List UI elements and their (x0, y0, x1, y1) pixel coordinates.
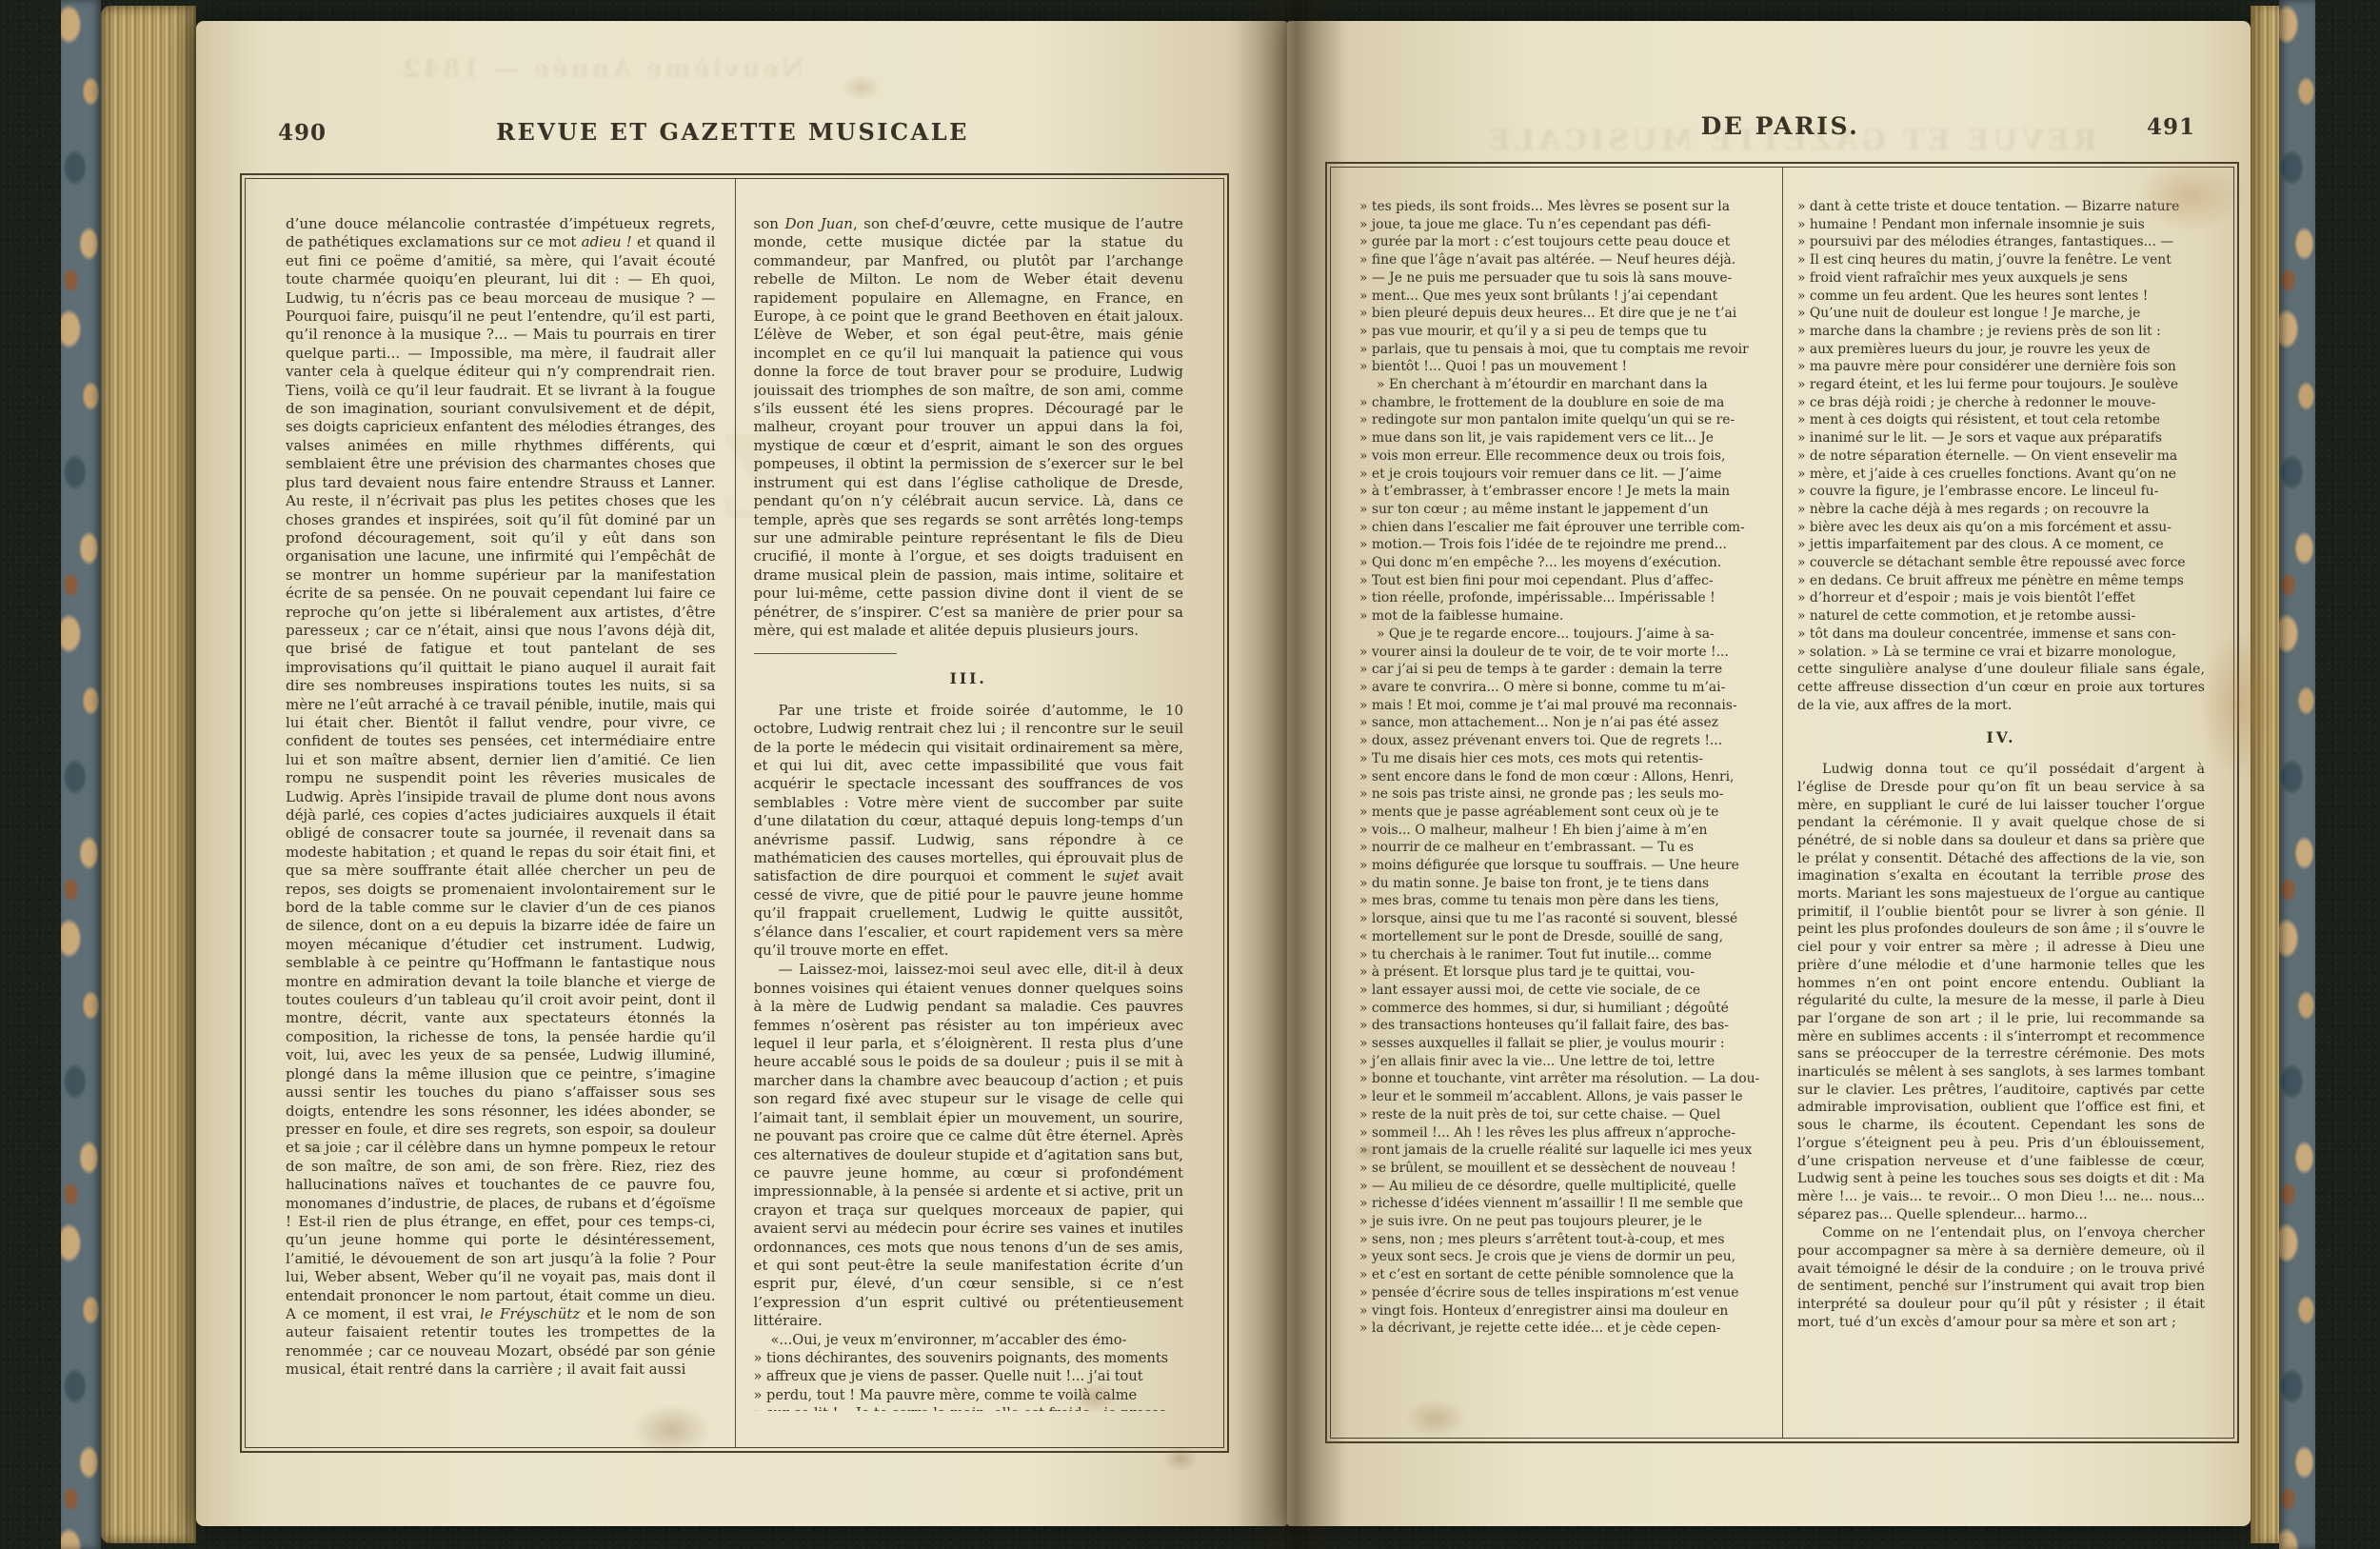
quote-line: » mot de la faiblesse humaine. (1359, 607, 1767, 626)
quote-line: » couvercle se détachant semble être rep… (1797, 554, 2205, 572)
book-scan: Neuvième Année — 1842 GAZETTE REVUE ET G… (0, 0, 2380, 1549)
quote-line: » Qu’une nuit de douleur est longue ! Je… (1797, 305, 2205, 323)
paragraph: Ludwig donna tout ce qu’il possédait d’a… (1797, 761, 2205, 1223)
quote-line: » ment à ces doigts qui résistent, et to… (1797, 411, 2205, 429)
right-page-header: DE PARIS. 491 (1325, 112, 2235, 145)
quote-line: » sur ce lit !... Je te serre la main, e… (754, 1404, 1184, 1411)
quote-line: » d’horreur et d’espoir ; mais je vois b… (1797, 589, 2205, 607)
column-divider-rule (1782, 168, 1783, 1438)
quote-line: » mes bras, comme tu tenais mon père dan… (1359, 892, 1767, 910)
quote-line: » reste de la nuit près de toi, sur cett… (1359, 1106, 1767, 1124)
quote-line: » richesse d’idées viennent m’assaillir … (1359, 1195, 1767, 1213)
quote-line: » vois mon erreur. Elle recommence deux … (1359, 447, 1767, 466)
quote-line: » ront jamais de la cruelle réalité sur … (1359, 1142, 1767, 1160)
quote-line: » se brûlent, se mouillent et se dessèch… (1359, 1160, 1767, 1178)
quote-line: » comme un feu ardent. Que les heures so… (1797, 288, 2205, 306)
quote-line: » regard éteint, et les lui ferme pour t… (1797, 376, 2205, 394)
quote-line: » doux, assez prévenant envers toi. Que … (1359, 732, 1767, 750)
quote-line: » sesses auxquelles il fallait se plier,… (1359, 1035, 1767, 1053)
quote-line: » car j’ai si peu de temps à te garder :… (1359, 661, 1767, 679)
quote-line: » vourer ainsi la douleur de te voir, de… (1359, 644, 1767, 662)
quote-line: » froid vient rafraîchir mes yeux auxque… (1797, 269, 2205, 288)
quote-line: » tôt dans ma douleur concentrée, immens… (1797, 626, 2205, 644)
paragraph: d’une douce mélancolie contrastée d’impé… (286, 215, 716, 1380)
quote-line: » chien dans l’escalier me fait éprouver… (1359, 519, 1767, 537)
column-divider-rule (735, 179, 736, 1447)
quote-line: » tes pieds, ils sont froids... Mes lèvr… (1359, 198, 1767, 216)
quote-line: » pas vue mourir, et qu’il y a si peu de… (1359, 323, 1767, 341)
quote-line: » lorsque, ainsi que tu me l’as raconté … (1359, 910, 1767, 928)
quote-line: » avare te convrira... O mère si bonne, … (1359, 679, 1767, 697)
quote-line: » et c’est en sortant de cette pénible s… (1359, 1266, 1767, 1284)
section-heading: IV. (1797, 729, 2205, 747)
quote-line: » à présent. Et lorsque plus tard je te … (1359, 963, 1767, 982)
quote-line: » nèbre la cache déjà à mes regards ; on… (1797, 501, 2205, 519)
quote-line: » yeux sont secs. Je crois que je viens … (1359, 1248, 1767, 1266)
quote-line: » dant à cette triste et douce tentation… (1797, 198, 2205, 216)
bleed-through-text: Neuvième Année — 1842 (400, 55, 803, 84)
quote-line: » fine que l’âge n’avait pas altérée. — … (1359, 251, 1767, 269)
quote-line: » pensée d’écrire sous de telles inspira… (1359, 1284, 1767, 1302)
quote-line: » de notre séparation éternelle. — On vi… (1797, 447, 2205, 466)
quote-line: » couvre la figure, je l’embrasse encore… (1797, 483, 2205, 501)
quote-line: » des transactions honteuses qu’il falla… (1359, 1017, 1767, 1035)
quote-line: » poursuivi par des mélodies étranges, f… (1797, 233, 2205, 251)
quote-line: » la décrivant, je rejette cette idée...… (1359, 1320, 1767, 1338)
quote-line: » j’en allais finir avec la vie... Une l… (1359, 1053, 1767, 1071)
paragraph: Par une triste et froide soirée d’automm… (754, 702, 1184, 961)
paragraph: — Laissez-moi, laissez-moi seul avec ell… (754, 961, 1184, 1330)
quote-line: » à t’embrasser, à t’embrasser encore ! … (1359, 483, 1767, 501)
right-page-text-frame: » tes pieds, ils sont froids... Mes lèvr… (1325, 162, 2239, 1443)
quote-line: » mère, et j’aide à ces cruelles fonctio… (1797, 466, 2205, 484)
quote-line: » moins défigurée que lorsque tu souffra… (1359, 857, 1767, 875)
quote-line: » ma pauvre mère pour considérer une der… (1797, 358, 2205, 376)
quoted-letter-block: » tes pieds, ils sont froids... Mes lèvr… (1359, 198, 1767, 1338)
left-page-header: 490 REVUE ET GAZETTE MUSICALE (240, 118, 1225, 150)
quote-line: » Qui donc m’en empêche ?... les moyens … (1359, 554, 1767, 572)
quote-line: » ne sois pas triste ainsi, ne gronde pa… (1359, 785, 1767, 804)
quote-line: » Que je te regarde encore... toujours. … (1359, 626, 1767, 644)
right-page-column-1: » tes pieds, ils sont froids... Mes lèvr… (1359, 198, 1767, 1407)
quote-line: » bière avec les deux ais qu’on a mis fo… (1797, 519, 2205, 537)
quote-line: » je suis ivre. On ne peut pas toujours … (1359, 1213, 1767, 1231)
quote-line: » commerce des hommes, si dur, si humili… (1359, 1000, 1767, 1018)
marbled-cover-edge-right (2279, 0, 2315, 1549)
quote-line: » et je crois toujours voir remuer dans … (1359, 466, 1767, 484)
quote-line: » aux premières lueurs du jour, je rouvr… (1797, 341, 2205, 359)
quote-line: » humaine ! Pendant mon infernale insomn… (1797, 216, 2205, 234)
quote-line: » motion.— Trois fois l’idée de te rejoi… (1359, 536, 1767, 554)
left-page-columns: d’une douce mélancolie contrastée d’impé… (245, 178, 1224, 1448)
left-page-column-2: son Don Juan, son chef-d’œuvre, cette mu… (754, 215, 1184, 1411)
quote-line: » gurée par la mort : c’est toujours cet… (1359, 233, 1767, 251)
quote-line: » mue dans son lit, je vais rapidement v… (1359, 429, 1767, 447)
quote-line: «...Oui, je veux m’environner, m’accable… (754, 1331, 1184, 1349)
quote-line: » inanimé sur le lit. — Je sors et vaque… (1797, 429, 2205, 447)
quote-line: » Tu me disais hier ces mots, ces mots q… (1359, 750, 1767, 768)
quote-line: » tu cherchais à le ranimer. Tout fut in… (1359, 946, 1767, 964)
quote-line: « mortellement sur le pont de Dresde, so… (1359, 928, 1767, 946)
quote-line: » en dedans. Ce bruit affreux me pénètre… (1797, 572, 2205, 590)
quote-line: » sur ton cœur ; au même instant le japp… (1359, 501, 1767, 519)
quote-line: » ment... Que mes yeux sont brûlants ! j… (1359, 288, 1767, 306)
left-page-column-1: d’une douce mélancolie contrastée d’impé… (286, 215, 716, 1411)
paragraph: Comme on ne l’entendait plus, on l’envoy… (1797, 1224, 2205, 1331)
quote-line: » ce bras déjà roidi ; je cherche à redo… (1797, 394, 2205, 412)
page-stack-edges-left (101, 6, 196, 1543)
quote-line: » chambre, le frottement de la doublure … (1359, 394, 1767, 412)
quote-line: » redingote sur mon pantalon imite quelq… (1359, 411, 1767, 429)
quote-line: » bonne et touchante, vint arrêter ma ré… (1359, 1070, 1767, 1088)
quote-line: » bientôt !... Quoi ! pas un mouvement ! (1359, 358, 1767, 376)
right-running-title: DE PARIS. (1325, 112, 2235, 140)
paragraph: cette singulière analyse d’une douleur f… (1797, 661, 2205, 714)
quote-line: » — Je ne puis me persuader que tu sois … (1359, 269, 1767, 288)
quote-line: » affreux que je viens de passer. Quelle… (754, 1367, 1184, 1385)
quote-line: » du matin sonne. Je baise ton front, je… (1359, 875, 1767, 893)
quote-line: » lant essayer aussi moi, de cette vie s… (1359, 982, 1767, 1000)
quote-line: » sens, non ; mes pleurs s’arrêtent tout… (1359, 1231, 1767, 1249)
right-page-columns: » tes pieds, ils sont froids... Mes lèvr… (1330, 167, 2234, 1439)
quote-line: » tion réelle, profonde, impérissable...… (1359, 589, 1767, 607)
paragraph: son Don Juan, son chef-d’œuvre, cette mu… (754, 215, 1184, 640)
quote-line: » vois... O malheur, malheur ! Eh bien j… (1359, 822, 1767, 840)
left-page-text-frame: d’une douce mélancolie contrastée d’impé… (240, 173, 1229, 1453)
section-separator-rule (754, 653, 897, 654)
quote-line: » sance, mon attachement... Non je n’ai … (1359, 714, 1767, 732)
quote-line: » bien pleuré depuis deux heures... Et d… (1359, 305, 1767, 323)
quote-line: » sommeil !... Ah ! les rêves les plus a… (1359, 1124, 1767, 1142)
quote-line: » joue, ta joue me glace. Tu n’es cepend… (1359, 216, 1767, 234)
quote-line: » ments que je passe agréablement sont c… (1359, 804, 1767, 822)
quote-line: » solation. » Là se termine ce vrai et b… (1797, 644, 2205, 662)
quoted-letter-block: » dant à cette triste et douce tentation… (1797, 198, 2205, 661)
quote-line: » parlais, que tu pensais à moi, que tu … (1359, 341, 1767, 359)
quote-line: » vingt fois. Honteux d’enregistrer ains… (1359, 1302, 1767, 1321)
quote-line: » mais ! Et moi, comme je t’ai mal prouv… (1359, 697, 1767, 715)
left-running-title: REVUE ET GAZETTE MUSICALE (240, 118, 1225, 146)
quote-line: » leur et le sommeil m’accablent. Allons… (1359, 1088, 1767, 1106)
quote-line: » Tout est bien fini pour moi cependant.… (1359, 572, 1767, 590)
quote-line: » sent encore dans le fond de mon cœur :… (1359, 768, 1767, 786)
marbled-cover-edge-left (61, 0, 101, 1549)
quote-line: » En cherchant à m’étourdir en marchant … (1359, 376, 1767, 394)
right-page-number: 491 (2147, 114, 2195, 140)
quote-line: » — Au milieu de ce désordre, quelle mul… (1359, 1178, 1767, 1196)
quote-line: » naturel de cette commotion, et je reto… (1797, 607, 2205, 626)
right-page-column-2: » dant à cette triste et douce tentation… (1797, 198, 2205, 1407)
quote-line: » tions déchirantes, des souvenirs poign… (754, 1349, 1184, 1367)
section-heading: III. (754, 669, 1184, 687)
quote-line: » marche dans la chambre ; je reviens pr… (1797, 323, 2205, 341)
quote-line: » nourrir de ce malheur en t’embrassant.… (1359, 839, 1767, 857)
page-stack-edges-right (2251, 6, 2279, 1543)
quote-line: » jettis imparfaitement par des clous. A… (1797, 536, 2205, 554)
quote-line: » Il est cinq heures du matin, j’ouvre l… (1797, 251, 2205, 269)
quote-line: » perdu, tout ! Ma pauvre mère, comme te… (754, 1386, 1184, 1404)
quoted-letter-block: «...Oui, je veux m’environner, m’accable… (754, 1331, 1184, 1411)
